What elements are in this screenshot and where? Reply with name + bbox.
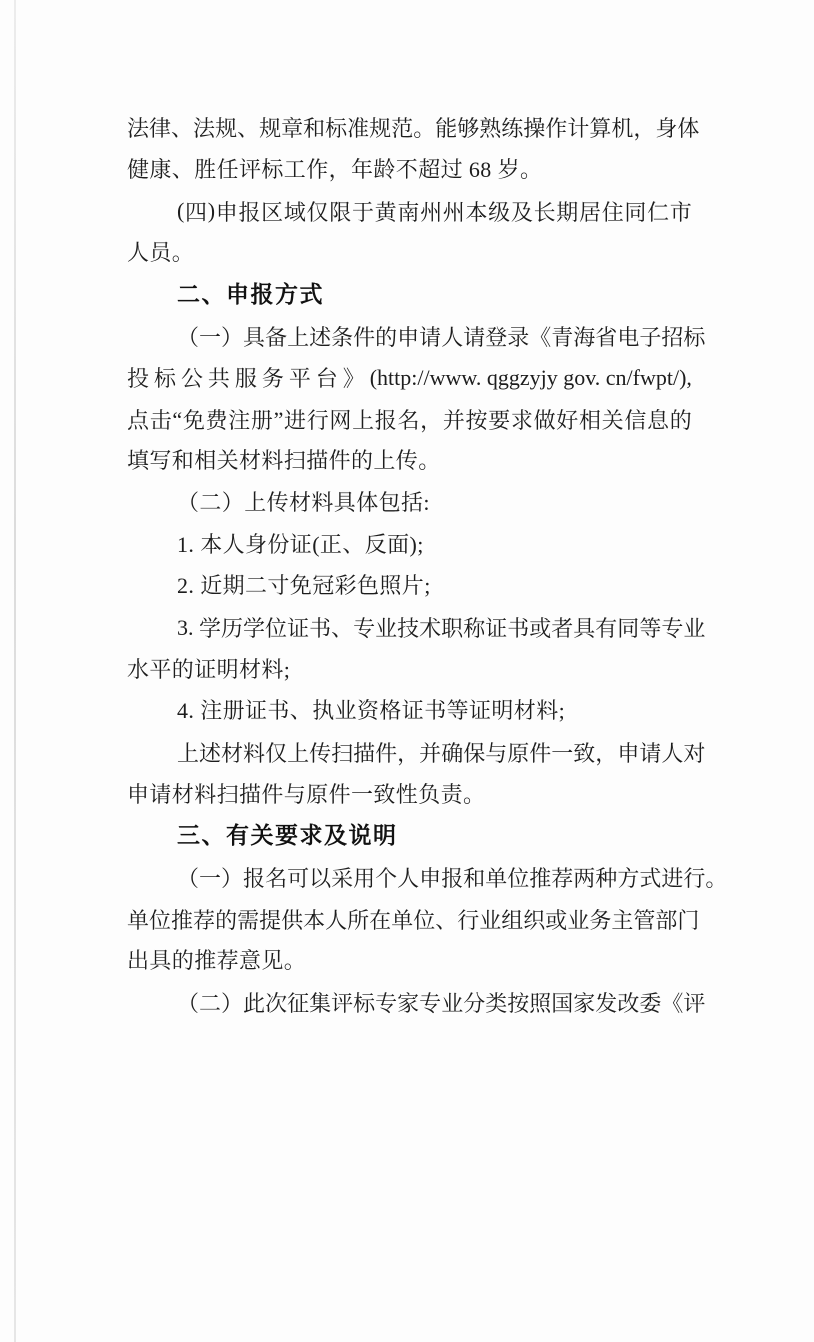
text-line: (四)申报区域仅限于黄南州州本级及长期居住同仁市 [127, 190, 692, 232]
text-line: 点击“免费注册”进行网上报名，并按要求做好相关信息的 [127, 399, 692, 441]
text-line: 单位推荐的需提供本人所在单位、行业组织或业务主管部门 [127, 899, 692, 941]
section-heading: 三、有关要求及说明 [127, 815, 692, 857]
scanned-document-page: 法律、法规、规章和标准规范。能够熟练操作计算机，身体健康、胜任评标工作，年龄不超… [0, 0, 814, 1342]
text-line: 出具的推荐意见。 [127, 940, 692, 982]
text-line: 上述材料仅上传扫描件，并确保与原件一致，申请人对 [127, 732, 692, 774]
text-line: 健康、胜任评标工作，年龄不超过 68 岁。 [127, 149, 692, 191]
document-body: 法律、法规、规章和标准规范。能够熟练操作计算机，身体健康、胜任评标工作，年龄不超… [127, 107, 692, 1024]
text-line: （二）上传材料具体包括: [127, 482, 692, 524]
text-line: 4. 注册证书、执业资格证书等证明材料; [127, 690, 692, 732]
page-edge-shadow [14, 0, 16, 1342]
text-line: 2. 近期二寸免冠彩色照片; [127, 565, 692, 607]
text-line: 水平的证明材料; [127, 649, 692, 691]
text-line: （二）此次征集评标专家专业分类按照国家发改委《评 [127, 982, 692, 1024]
text-line: 填写和相关材料扫描件的上传。 [127, 440, 692, 482]
text-line: 人员。 [127, 232, 692, 274]
section-heading: 二、申报方式 [127, 274, 692, 316]
text-line: 1. 本人身份证(正、反面); [127, 524, 692, 566]
text-line: （一）报名可以采用个人申报和单位推荐两种方式进行。 [127, 857, 692, 899]
text-line: 投标公共服务平台》(http://www. qggzyjy gov. cn/fw… [127, 357, 692, 399]
text-line: 法律、法规、规章和标准规范。能够熟练操作计算机，身体 [127, 107, 692, 149]
text-line: （一）具备上述条件的申请人请登录《青海省电子招标 [127, 315, 692, 357]
text-line: 3. 学历学位证书、专业技术职称证书或者具有同等专业 [127, 607, 692, 649]
text-line: 申请材料扫描件与原件一致性负责。 [127, 774, 692, 816]
